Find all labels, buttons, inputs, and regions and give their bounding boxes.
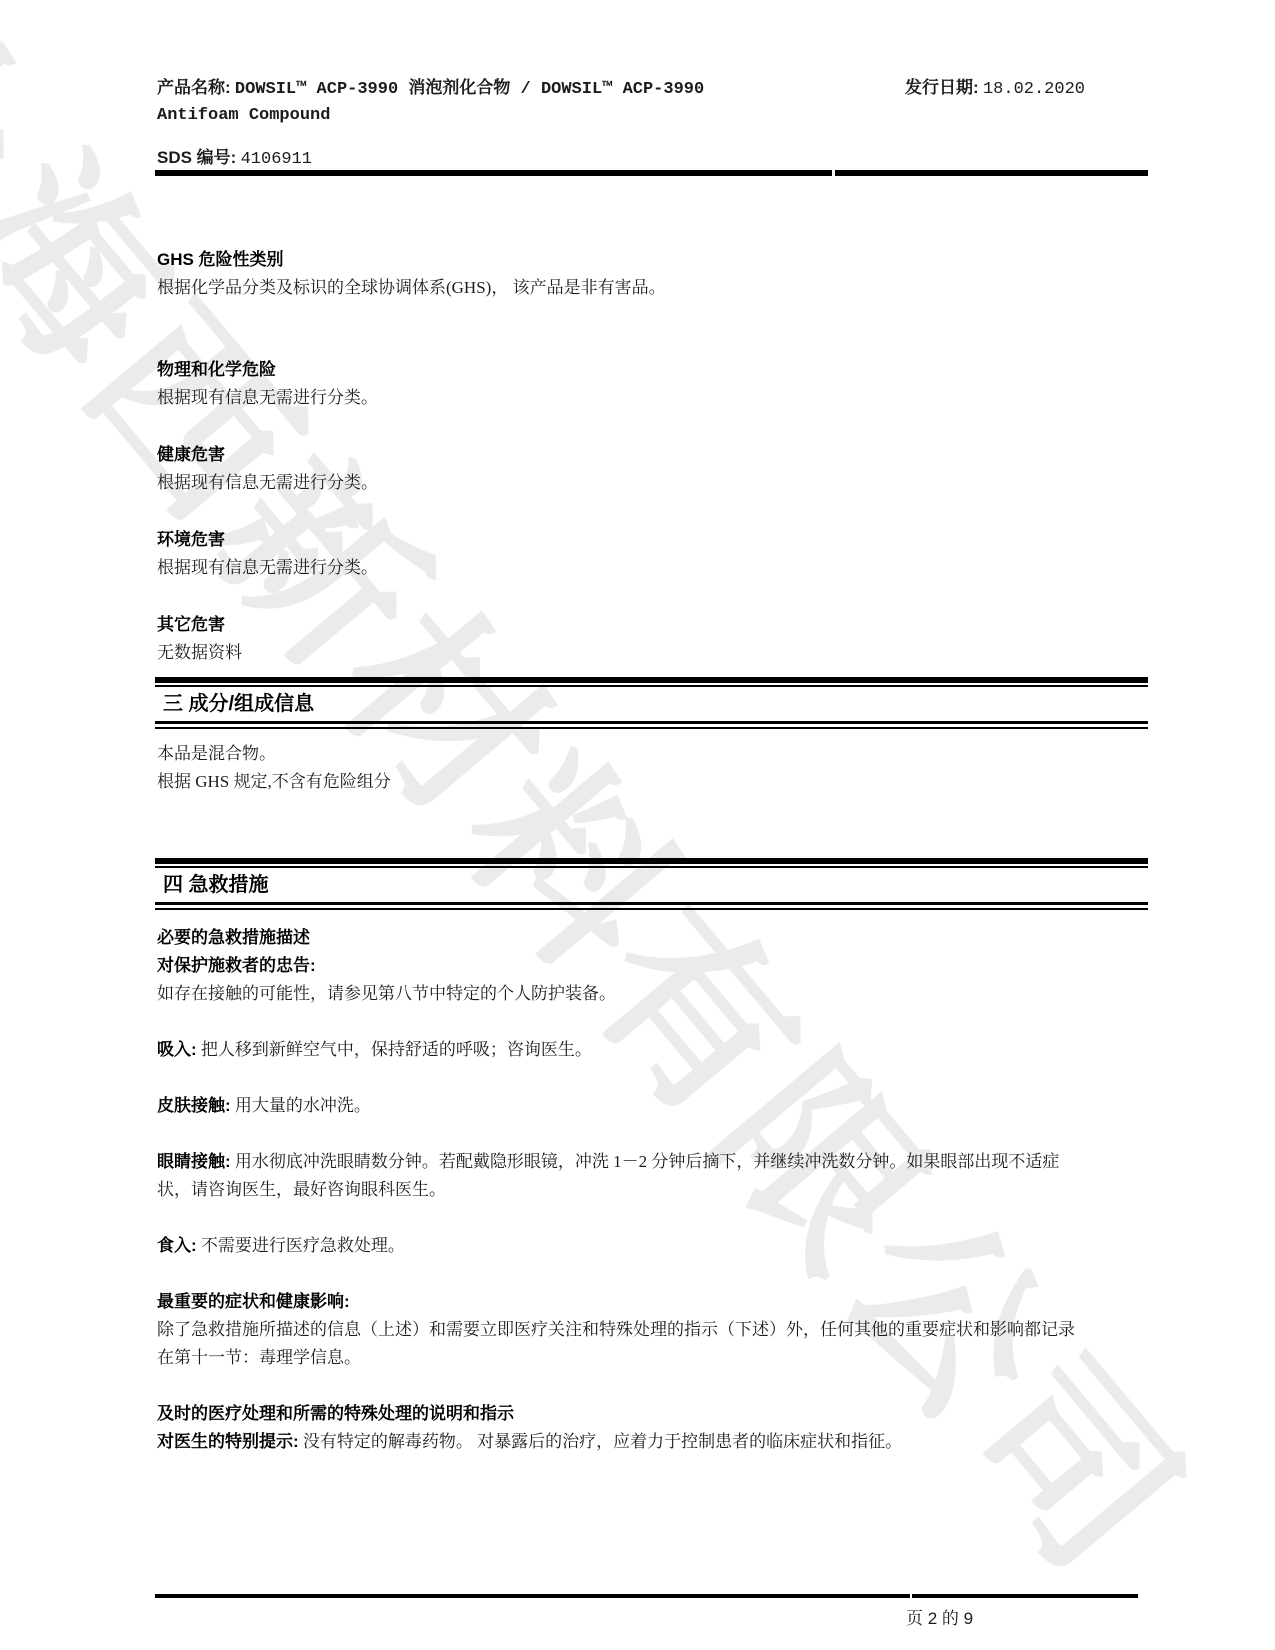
hazard-block-ghs: GHS 危险性类别 根据化学品分类及标识的全球协调体系(GHS)， 该产品是非有… — [157, 246, 1085, 302]
product-name-label: 产品名称: — [157, 78, 231, 97]
doctor-note-label: 对医生的特别提示: — [157, 1432, 299, 1451]
hazard-block-health: 健康危害 根据现有信息无需进行分类。 — [157, 441, 1085, 497]
rescuer-advice-text: 如存在接触的可能性，请参见第八节中特定的个人防护装备。 — [157, 980, 1085, 1008]
product-name-english: Antifoam Compound — [157, 102, 1085, 130]
hazard-title: GHS 危险性类别 — [157, 246, 1085, 274]
hazard-title: 健康危害 — [157, 441, 1085, 469]
first-aid-eye-contact: 眼睛接触: 用水彻底冲洗眼睛数分钟。若配戴隐形眼镜，冲洗 1－2 分钟后摘下，并… — [157, 1148, 1085, 1204]
section-title: 三 成分/组成信息 — [155, 687, 1148, 721]
route-text: 用大量的水冲洗。 — [235, 1096, 371, 1115]
hazard-block-other: 其它危害 无数据资料 — [157, 611, 1085, 667]
route-label: 食入: — [157, 1236, 197, 1255]
hazard-title: 环境危害 — [157, 526, 1085, 554]
symptoms-text: 除了急救措施所描述的信息（上述）和需要立即医疗关注和特殊处理的指示（下述）外，任… — [157, 1316, 1085, 1372]
hazard-body: 无数据资料 — [157, 639, 1085, 667]
route-label: 皮肤接触: — [157, 1096, 231, 1115]
footer-rule — [155, 1594, 1138, 1598]
first-aid-skin-contact: 皮肤接触: 用大量的水冲洗。 — [157, 1092, 1085, 1120]
hazard-block-environment: 环境危害 根据现有信息无需进行分类。 — [157, 526, 1085, 582]
issue-date-block: 发行日期: 18.02.2020 — [905, 74, 1085, 104]
header-rule — [155, 170, 1148, 176]
treatment-title: 及时的医疗处理和所需的特殊处理的说明和指示 — [157, 1400, 1085, 1428]
rule-thin — [155, 727, 1148, 729]
route-label: 眼睛接触: — [157, 1152, 231, 1171]
document-header: 产品名称: DOWSIL™ ACP-3990 消泡剂化合物 / DOWSIL™ … — [157, 74, 1085, 104]
product-name-block: 产品名称: DOWSIL™ ACP-3990 消泡剂化合物 / DOWSIL™ … — [157, 74, 704, 104]
hazard-title: 其它危害 — [157, 611, 1085, 639]
first-aid-ingestion: 食入: 不需要进行医疗急救处理。 — [157, 1232, 1085, 1260]
page-indicator: 页 2 的 9 — [906, 1606, 973, 1632]
route-label: 吸入: — [157, 1040, 197, 1059]
hazard-body: 根据现有信息无需进行分类。 — [157, 554, 1085, 582]
composition-line: 根据 GHS 规定,不含有危险组分 — [157, 768, 1085, 796]
hazard-body: 根据现有信息无需进行分类。 — [157, 384, 1085, 412]
route-text: 用水彻底冲洗眼睛数分钟。若配戴隐形眼镜，冲洗 1－2 分钟后摘下，并继续冲洗数分… — [157, 1152, 1059, 1199]
doctor-note: 对医生的特别提示: 没有特定的解毒药物。 对暴露后的治疗，应着力于控制患者的临床… — [157, 1428, 1085, 1456]
treatment-block: 及时的医疗处理和所需的特殊处理的说明和指示 对医生的特别提示: 没有特定的解毒药… — [157, 1400, 1085, 1456]
issue-date-label: 发行日期: — [905, 78, 979, 97]
route-text: 不需要进行医疗急救处理。 — [201, 1236, 405, 1255]
section-composition-header: 三 成分/组成信息 — [155, 677, 1148, 729]
rule-mid — [155, 721, 1148, 724]
hazard-title: 物理和化学危险 — [157, 356, 1085, 384]
rule-thin — [155, 908, 1148, 910]
rule-heavy — [155, 858, 1148, 864]
issue-date-value: 18.02.2020 — [983, 80, 1085, 99]
first-aid-intro: 必要的急救措施描述 对保护施救者的忠告: 如存在接触的可能性，请参见第八节中特定… — [157, 924, 1085, 1008]
sds-document-page: 上海西新材料有限公司 产品名称: DOWSIL™ ACP-3990 消泡剂化合物… — [0, 0, 1275, 1650]
first-aid-description-title: 必要的急救措施描述 — [157, 924, 1085, 952]
page-content: 产品名称: DOWSIL™ ACP-3990 消泡剂化合物 / DOWSIL™ … — [0, 0, 1275, 1650]
symptoms-block: 最重要的症状和健康影响: 除了急救措施所描述的信息（上述）和需要立即医疗关注和特… — [157, 1288, 1085, 1372]
symptoms-title: 最重要的症状和健康影响: — [157, 1288, 1085, 1316]
first-aid-inhalation: 吸入: 把人移到新鲜空气中，保持舒适的呼吸；咨询医生。 — [157, 1036, 1085, 1064]
route-text: 把人移到新鲜空气中，保持舒适的呼吸；咨询医生。 — [201, 1040, 592, 1059]
composition-body: 本品是混合物。 根据 GHS 规定,不含有危险组分 — [157, 740, 1085, 796]
rule-heavy — [155, 677, 1148, 683]
section-first-aid-header: 四 急救措施 — [155, 858, 1148, 910]
section-title: 四 急救措施 — [155, 868, 1148, 902]
rescuer-advice-title: 对保护施救者的忠告: — [157, 952, 1085, 980]
hazard-block-physical: 物理和化学危险 根据现有信息无需进行分类。 — [157, 356, 1085, 412]
rule-mid — [155, 902, 1148, 905]
composition-line: 本品是混合物。 — [157, 740, 1085, 768]
hazard-body: 根据化学品分类及标识的全球协调体系(GHS)， 该产品是非有害品。 — [157, 274, 1085, 302]
sds-number-label: SDS 编号: — [157, 148, 236, 167]
hazard-body: 根据现有信息无需进行分类。 — [157, 469, 1085, 497]
doctor-note-text: 没有特定的解毒药物。 对暴露后的治疗，应着力于控制患者的临床症状和指征。 — [303, 1432, 902, 1451]
product-name-value: DOWSIL™ ACP-3990 消泡剂化合物 / DOWSIL™ ACP-39… — [235, 80, 704, 99]
sds-number-value: 4106911 — [241, 150, 312, 169]
